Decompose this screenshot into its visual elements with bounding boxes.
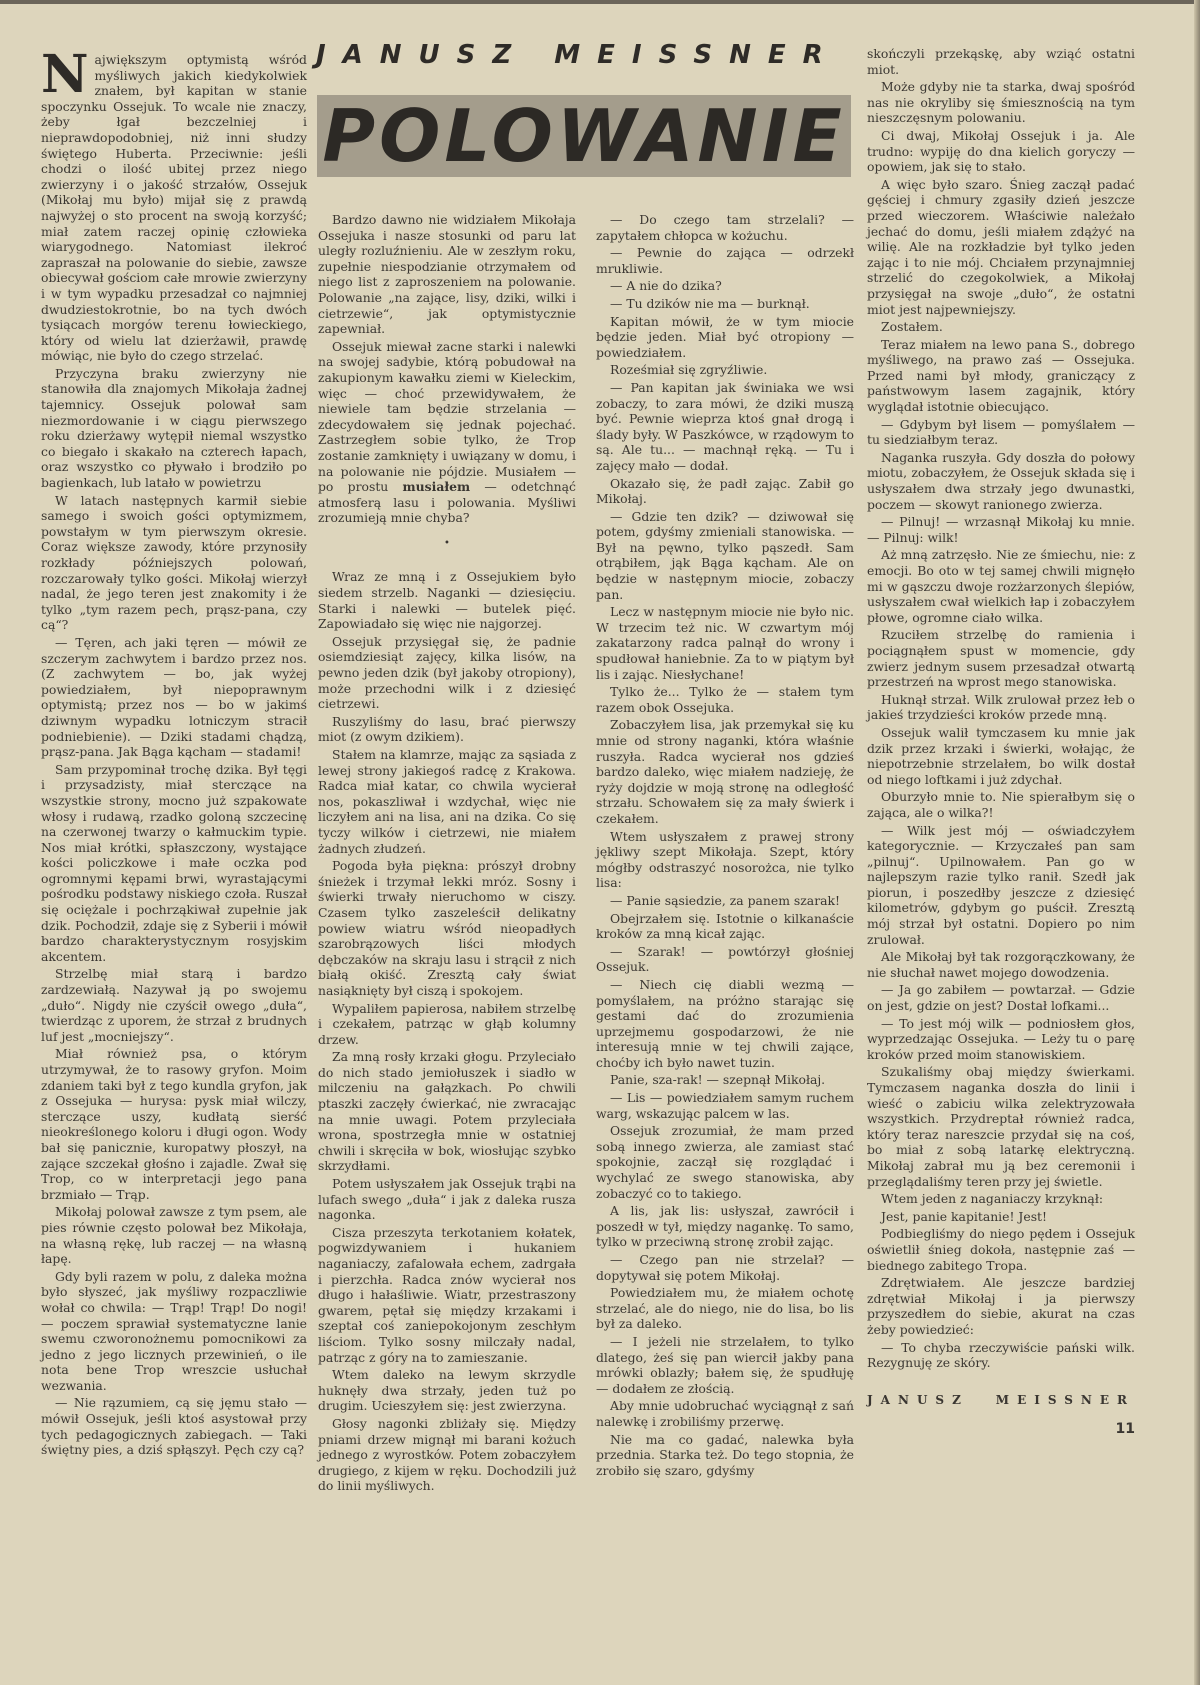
paragraph: Przyczyna braku zwierzyny nie stanowiła … <box>41 366 307 491</box>
paragraph: Strzelbę miał starą i bardzo zardzewiałą… <box>41 966 307 1044</box>
paragraph: Ci dwaj, Mikołaj Ossejuk i ja. Ale trudn… <box>867 128 1135 175</box>
emphasis: musiałem <box>403 479 471 494</box>
paragraph: Lecz w następnym miocie nie było nic. W … <box>596 604 854 682</box>
paragraph: Wtem daleko na lewym skrzydle huknęły dw… <box>318 1367 576 1414</box>
article-title: POLOWANIE <box>322 94 845 178</box>
paragraph: Ossejuk przysięgał się, że padnie osiemd… <box>318 634 576 712</box>
column-1: Największym optymistą wśród myśliwych ja… <box>41 52 307 1460</box>
paragraph: Ossejuk zrozumiał, że mam przed sobą inn… <box>596 1123 854 1201</box>
paragraph: Mikołaj polował zawsze z tym psem, ale p… <box>41 1204 307 1266</box>
paragraph: skończyli przekąskę, aby wziąć ostatni m… <box>867 46 1135 77</box>
paragraph: — Panie sąsiedzie, za panem szarak! <box>596 893 854 909</box>
paragraph: Pogoda była piękna: prószył drobny śnież… <box>318 858 576 998</box>
paragraph: Stałem na klamrze, mając za sąsiada z le… <box>318 747 576 856</box>
paragraph: Huknął strzał. Wilk zrulował przez łeb o… <box>867 692 1135 723</box>
paragraph: — Lis — powiedziałem samym ruchem warg, … <box>596 1090 854 1121</box>
paragraph: Głosy nagonki zbliżały się. Między pniam… <box>318 1416 576 1494</box>
paragraph: Gdy byli razem w polu, z daleka można by… <box>41 1269 307 1394</box>
paragraph: Sam przypominał trochę dzika. Był tęgi i… <box>41 762 307 965</box>
paragraph: Zobaczyłem lisa, jak przemykał się ku mn… <box>596 717 854 826</box>
paragraph: Aż mną zatrzęsło. Nie ze śmiechu, nie: z… <box>867 547 1135 625</box>
paragraph: Rzuciłem strzelbę do ramienia i pociągną… <box>867 627 1135 689</box>
paragraph: Cisza przeszyta terkotaniem kołatek, pog… <box>318 1225 576 1365</box>
paragraph: Teraz miałem na lewo pana S., dobrego my… <box>867 337 1135 415</box>
paragraph: Ossejuk walił tymczasem ku mnie jak dzik… <box>867 725 1135 787</box>
paragraph: Tylko że... Tylko że — stałem tym razem … <box>596 684 854 715</box>
paragraph: — Czego pan nie strzelał? — dopytywał si… <box>596 1252 854 1283</box>
paragraph: Nie ma co gadać, nalewka była przednia. … <box>596 1432 854 1479</box>
paragraph: — A nie do dzika? <box>596 278 854 294</box>
paragraph: — To chyba rzeczywiście pański wilk. Rez… <box>867 1340 1135 1371</box>
paragraph: Podbiegliśmy do niego pędem i Ossejuk oś… <box>867 1226 1135 1273</box>
paragraph: Obejrzałem się. Istotnie o kilkanaście k… <box>596 911 854 942</box>
paragraph: Kapitan mówił, że w tym miocie będzie je… <box>596 314 854 361</box>
paragraph: Potem usłyszałem jak Ossejuk trąbi na lu… <box>318 1176 576 1223</box>
column-4: skończyli przekąskę, aby wziąć ostatni m… <box>867 46 1135 1438</box>
paragraph: — Pewnie do zająca — odrzekł mrukliwie. <box>596 245 854 276</box>
paragraph: A więc było szaro. Śnieg zaczął padać gę… <box>867 177 1135 317</box>
paragraph: A lis, jak lis: usłyszał, zawrócił i pos… <box>596 1203 854 1250</box>
paragraph: W latach następnych karmił siebie samego… <box>41 493 307 633</box>
paragraph: — Wilk jest mój — oświadczyłem kategoryc… <box>867 823 1135 948</box>
paragraph: Ale Mikołaj był tak rozgorączkowany, że … <box>867 949 1135 980</box>
paragraph: Może gdyby nie ta starka, dwaj spośród n… <box>867 79 1135 126</box>
paragraph: Oburzyło mnie to. Nie spierałbym się o z… <box>867 789 1135 820</box>
page-top-edge <box>0 0 1200 4</box>
paragraph: Za mną rosły krzaki głogu. Przyleciało d… <box>318 1049 576 1174</box>
paragraph: Bardzo dawno nie widziałem Mikołaja Osse… <box>318 212 576 337</box>
paragraph: Jest, panie kapitanie! Jest! <box>867 1209 1135 1225</box>
paragraph: — Ja go zabiłem — powtarzał. — Gdzie on … <box>867 982 1135 1013</box>
paragraph: Roześmiał się zgryźliwie. <box>596 362 854 378</box>
paragraph: Miał również psa, o którym utrzymywał, ż… <box>41 1046 307 1202</box>
section-separator: • <box>318 536 576 552</box>
paragraph: Aby mnie udobruchać wyciągnął z sań nale… <box>596 1398 854 1429</box>
paragraph: Ruszyliśmy do lasu, brać pierwszy miot (… <box>318 714 576 745</box>
paragraph: — Tęren, ach jaki tęren — mówił ze szcze… <box>41 635 307 760</box>
paragraph: — Gdybym był lisem — pomyślałem — tu sie… <box>867 417 1135 448</box>
column-3: — Do czego tam strzelali? — zapytałem ch… <box>596 212 854 1480</box>
paragraph: — Pilnuj! — wrzasnął Mikołaj ku mnie. — … <box>867 514 1135 545</box>
paragraph: — Niech cię diabli wezmą — pomyślałem, n… <box>596 977 854 1071</box>
paragraph: Wraz ze mną i z Ossejukiem było siedem s… <box>318 569 576 631</box>
author-signature: JANUSZ MEISSNER <box>867 1393 1135 1409</box>
paragraph: — Nie rązumiem, cą się jęmu stało — mówi… <box>41 1395 307 1457</box>
paragraph: Wtem usłyszałem z prawej strony jękliwy … <box>596 829 854 891</box>
paragraph: Naganka ruszyła. Gdy doszła do połowy mi… <box>867 450 1135 512</box>
paragraph: — Szarak! — powtórzył głośniej Ossejuk. <box>596 944 854 975</box>
paragraph: Ossejuk miewał zacne starki i nalewki na… <box>318 339 576 526</box>
page-binding-edge <box>1194 0 1200 1685</box>
paragraph: — Gdzie ten dzik? — dziwował się potem, … <box>596 509 854 603</box>
paragraph: Panie, sza-rak! — szepnął Mikołaj. <box>596 1072 854 1088</box>
paragraph: Powiedziałem mu, że miałem ochotę strzel… <box>596 1285 854 1332</box>
paragraph: Największym optymistą wśród myśliwych ja… <box>41 52 307 364</box>
paragraph: Zdrętwiałem. Ale jeszcze bardziej zdrętw… <box>867 1275 1135 1337</box>
paragraph: — Do czego tam strzelali? — zapytałem ch… <box>596 212 854 243</box>
paragraph: Okazało się, że padł zając. Zabił go Mik… <box>596 476 854 507</box>
title-banner: POLOWANIE <box>317 95 851 177</box>
paragraph: Szukaliśmy obaj między świerkami. Tymcza… <box>867 1064 1135 1189</box>
drop-cap: N <box>41 55 89 95</box>
column-2: Bardzo dawno nie widziałem Mikołaja Osse… <box>318 212 576 1496</box>
paragraph: — I jeżeli nie strzelałem, to tylko dlat… <box>596 1334 854 1396</box>
page-number: 11 <box>867 1422 1135 1438</box>
paragraph: Wtem jeden z naganiaczy krzyknął: <box>867 1191 1135 1207</box>
author-heading: JANUSZ MEISSNER <box>316 40 856 70</box>
paragraph: — Pan kapitan jak świniaka we wsi zobacz… <box>596 380 854 474</box>
paragraph: Wypaliłem papierosa, nabiłem strzelbę i … <box>318 1001 576 1048</box>
paragraph: Zostałem. <box>867 319 1135 335</box>
paragraph: — To jest mój wilk — podniosłem głos, wy… <box>867 1016 1135 1063</box>
paragraph: — Tu dzików nie ma — burknął. <box>596 296 854 312</box>
